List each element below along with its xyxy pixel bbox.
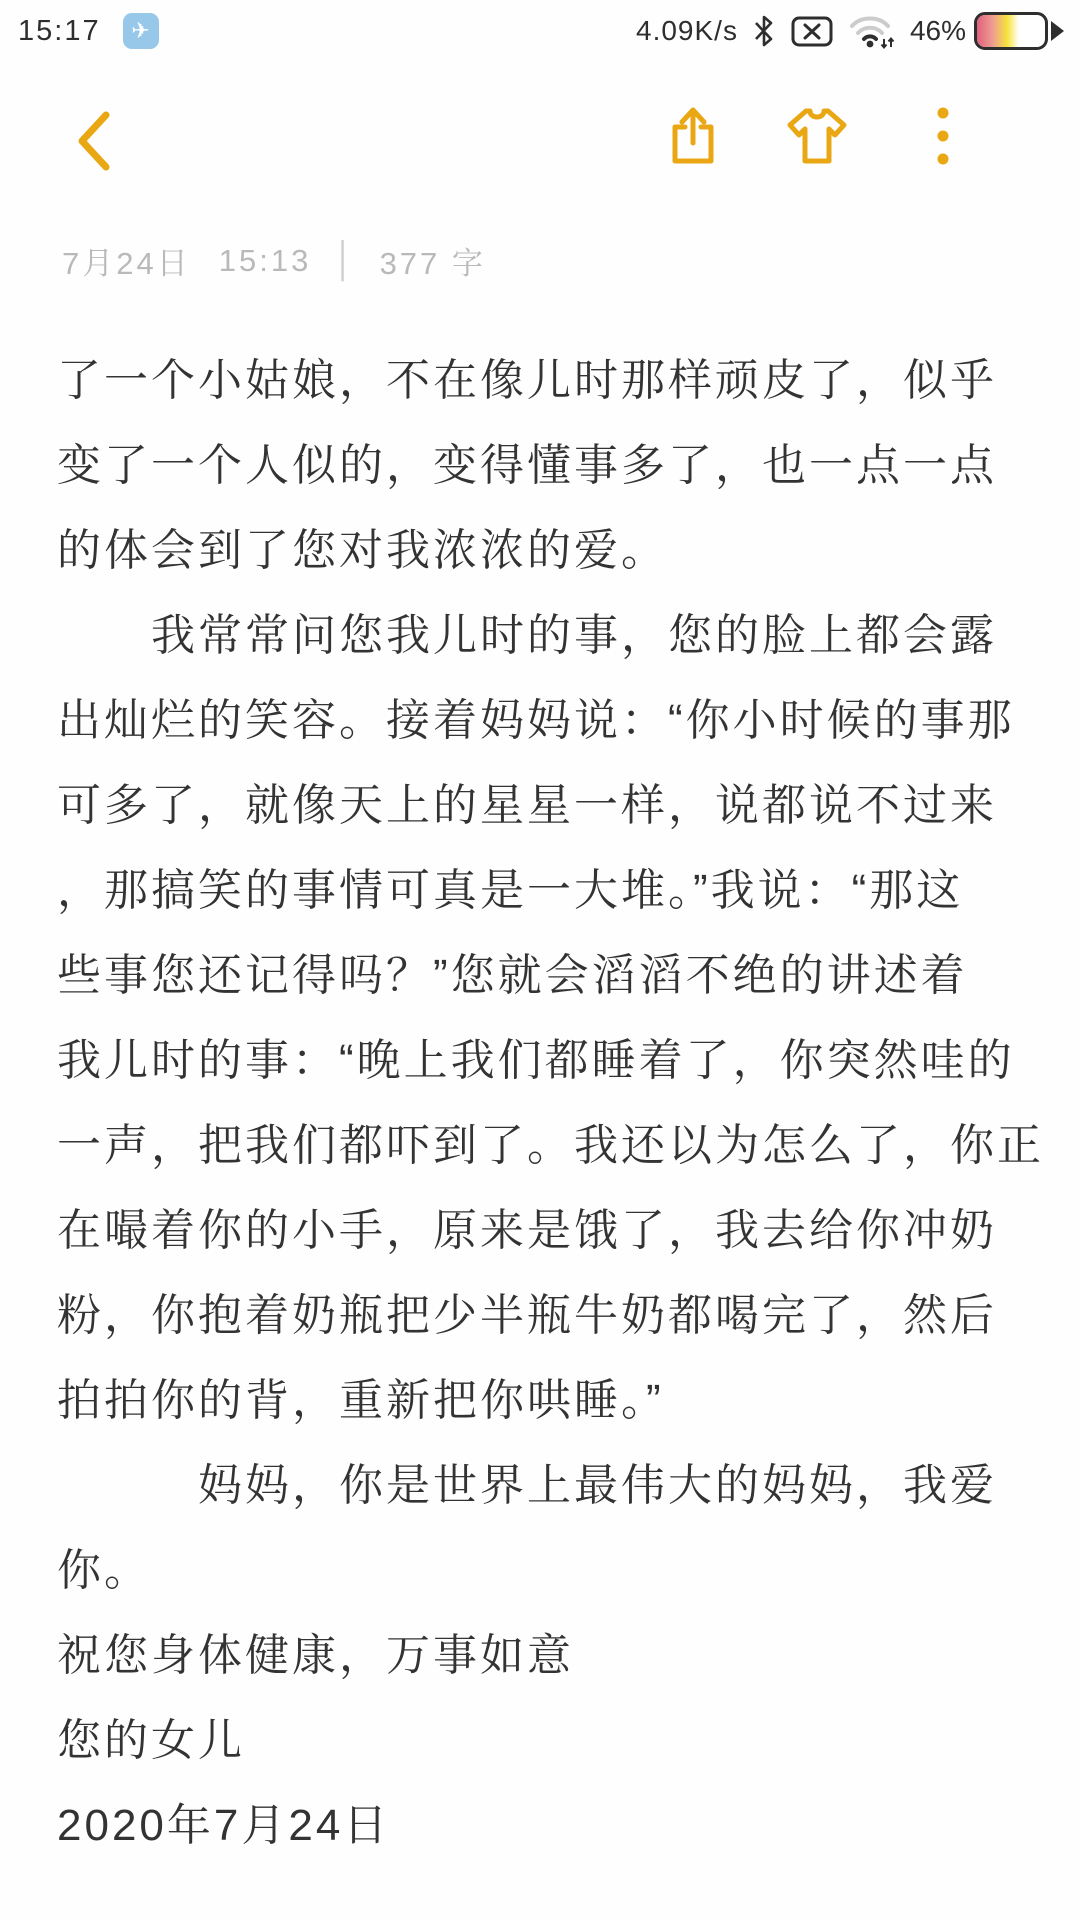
airplane-mode-icon: ✈ [123, 13, 159, 49]
note-line: 您的女儿 [57, 1698, 1040, 1783]
note-line: 祝您身体健康，万事如意 [57, 1613, 1040, 1698]
status-bar-right: 4.09K/s [622, 12, 1064, 50]
note-line: 在嘬着你的小手，原来是饿了，我去给你冲奶 [57, 1188, 1040, 1273]
wifi-icon [848, 12, 896, 50]
note-line: 可多了，就像天上的星星一样，说都说不过来 [57, 763, 1040, 848]
battery-icon [974, 12, 1064, 50]
back-button[interactable] [68, 107, 118, 175]
status-bar-left: 15:17 ✈ [18, 13, 159, 49]
network-speed: 4.09K/s [636, 15, 738, 47]
note-line: 的体会到了您对我浓浓的爱。 [57, 508, 1040, 593]
bluetooth-icon [752, 13, 776, 49]
status-bar: 15:17 ✈ 4.09K/s [0, 0, 1080, 62]
clock-time: 15:17 [18, 15, 101, 48]
battery-percent: 46% [910, 15, 966, 47]
meta-divider: │ [333, 241, 357, 280]
note-line: 变了一个人似的，变得懂事多了，也一点一点 [57, 423, 1040, 508]
note-line: 出灿烂的笑容。接着妈妈说：“你小时候的事那 [57, 678, 1040, 763]
note-line: 2020年7月24日 [57, 1783, 1040, 1868]
note-line: 我常常问您我儿时的事，您的脸上都会露 [57, 593, 1040, 678]
back-chevron-icon [68, 162, 118, 179]
share-icon [665, 105, 721, 172]
note-line: 些事您还记得吗？”您就会滔滔不绝的讲述着 [57, 933, 1040, 1018]
note-line: 粉，你抱着奶瓶把少半瓶牛奶都喝完了，然后 [57, 1273, 1040, 1358]
note-edit-time: 15:13 [219, 243, 312, 279]
no-sim-icon [790, 13, 834, 49]
note-line: 妈妈，你是世界上最伟大的妈妈，我爱 [57, 1443, 1040, 1528]
note-toolbar [0, 95, 1080, 185]
more-options-button[interactable] [912, 105, 974, 171]
note-body[interactable]: 了一个小姑娘，不在像儿时那样顽皮了，似乎变了一个人似的，变得懂事多了，也一点一点… [57, 338, 1040, 1868]
battery-fill-level [977, 15, 1019, 47]
note-line: 我儿时的事：“晚上我们都睡着了，你突然哇的 [57, 1018, 1040, 1103]
notes-app-screen: 15:17 ✈ 4.09K/s [0, 0, 1080, 1920]
note-line: 你。 [57, 1528, 1040, 1613]
note-line: 一声，把我们都吓到了。我还以为怎么了，你正 [57, 1103, 1040, 1188]
note-date: 7月24日 [62, 238, 191, 283]
note-line: ，那搞笑的事情可真是一大堆。”我说：“那这 [57, 848, 1040, 933]
share-button[interactable] [662, 105, 724, 171]
theme-button[interactable] [786, 105, 848, 171]
more-menu-icon [936, 105, 950, 172]
note-meta: 7月24日 15:13 │ 377 字 [62, 238, 486, 283]
tshirt-theme-icon [784, 107, 850, 170]
note-line: 拍拍你的背，重新把你哄睡。” [57, 1358, 1040, 1443]
note-word-count: 377 字 [380, 238, 486, 283]
note-line: 了一个小姑娘，不在像儿时那样顽皮了，似乎 [57, 338, 1040, 423]
